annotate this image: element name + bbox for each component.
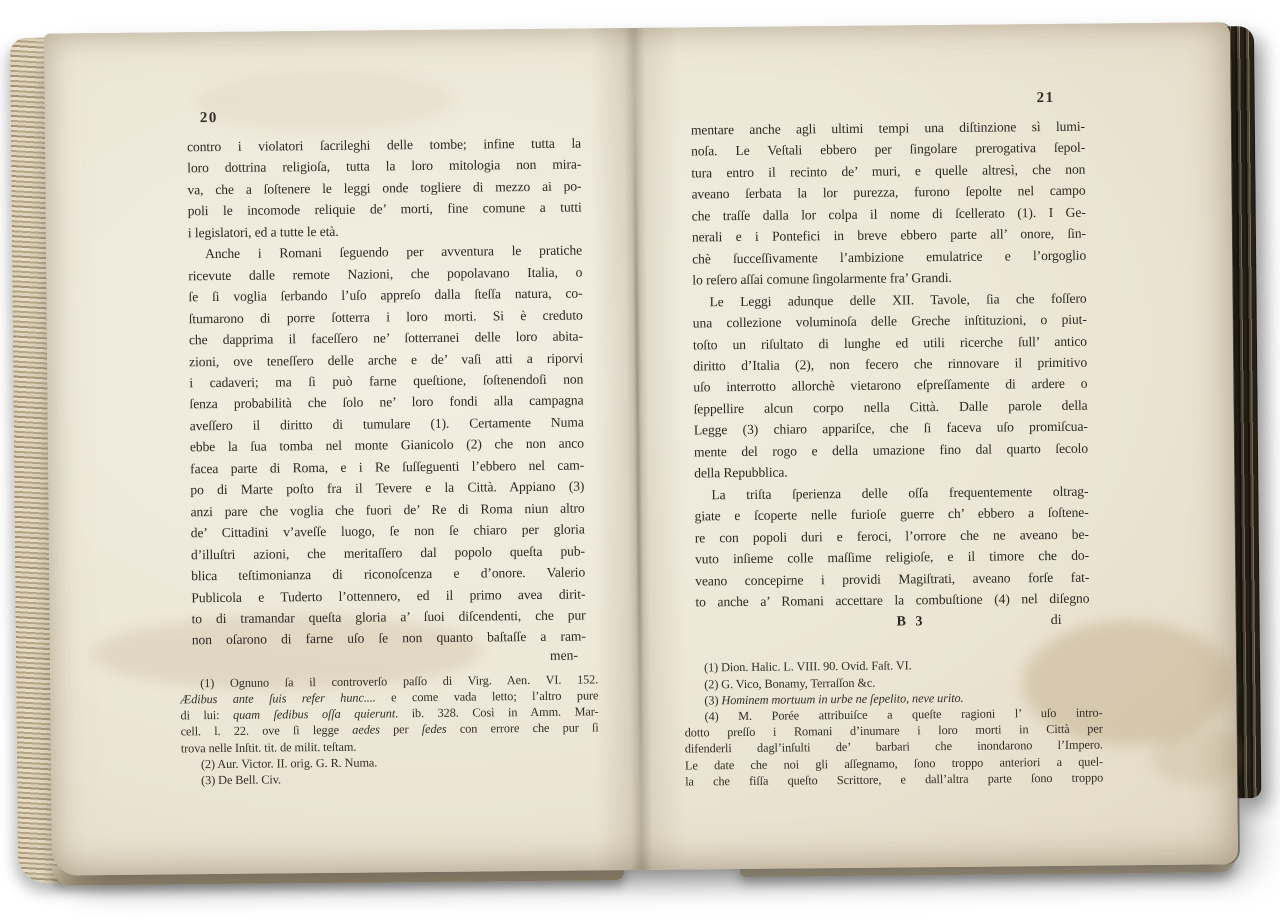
left-page-body: contro i violatori ſacrileghi delle tomb…	[187, 133, 586, 652]
catchword-row-left: men-	[192, 647, 586, 672]
body-line: che dapprima il faceſſero ne’ ſotterrane…	[189, 326, 583, 351]
footnote-text: (3)	[704, 693, 721, 707]
footnote-italic-text: quam ſedibus oſſa quierunt	[233, 707, 395, 723]
footnote-text: cell. l. 22. ove ſi legge	[181, 723, 353, 739]
footnote-text: . ib. 328. Così in Amm. Mar-	[395, 705, 599, 721]
body-line: mente del rogo e della umazione fino dal…	[694, 437, 1088, 462]
right-page: 21 mentare anche agli ultimi tempi una d…	[691, 90, 1092, 790]
photo-background: 20 contro i violatori ſacrileghi delle t…	[0, 0, 1280, 923]
footnote-text: di lui:	[180, 708, 233, 723]
footnote-line: la che fiſſa queſto Scrittore, e dall’al…	[685, 769, 1103, 789]
footnote-italic-text: Hominem mortuum in urbe ne ſepelito, nev…	[721, 691, 963, 707]
page-number-left: 20	[187, 107, 581, 131]
body-line: blica teſtimonianza di riconoſcenza e d’…	[191, 562, 585, 587]
footnote-text: trova nelle Inſtit. tit. de milit. teſta…	[181, 739, 357, 755]
right-page-body: mentare anche agli ultimi tempi una diſt…	[691, 116, 1090, 613]
body-line: non oſarono di farne uſo ſe non quanto b…	[192, 626, 586, 651]
left-page: 20 contro i violatori ſacrileghi delle t…	[187, 107, 587, 789]
footnote-text: (1) Dion. Halic. L. VIII. 90. Ovid. Faſt…	[704, 659, 912, 675]
footnote-text: (2) Aur. Victor. II. orig. G. R. Numa.	[201, 755, 377, 771]
footnote-italic-text: ſedes	[422, 722, 447, 736]
footnote-text: per	[380, 723, 422, 737]
catchword-left: men-	[550, 647, 578, 662]
right-page-footnotes: (1) Dion. Halic. L. VIII. 90. Ovid. Faſt…	[684, 656, 1103, 790]
page-spread: 20 contro i violatori ſacrileghi delle t…	[44, 22, 1238, 875]
page-number-right: 21	[691, 90, 1085, 114]
catchword-right: di	[1051, 613, 1062, 629]
footnote-text: (2) G. Vico, Bonamy, Terraſſon &c.	[704, 675, 875, 691]
footnote-text: con errore che pur ſi	[446, 721, 598, 736]
gutter-shadow	[589, 28, 687, 871]
footnote-text: la che fiſſa queſto Scrittore, e dall’al…	[685, 770, 1103, 788]
open-book: 20 contro i violatori ſacrileghi delle t…	[10, 18, 1262, 886]
body-line: poli le incomode reliquie de’ morti, fin…	[188, 197, 582, 222]
footnote-line: (3) De Bell. Civ.	[181, 768, 599, 788]
body-line: chè ſucceſſivamente l’ambizione emulatri…	[692, 244, 1086, 269]
body-line: una collezione voluminoſa delle Greche i…	[693, 309, 1087, 334]
body-line: to anche a’ Romani accettare la combuſti…	[695, 588, 1089, 613]
signature-row: B 3 di	[696, 609, 1090, 636]
footnote-text: (3) De Bell. Civ.	[201, 773, 281, 788]
body-line: vuto inſieme colle maſſime religioſe, e …	[695, 545, 1089, 570]
gathering-signature: B 3	[897, 614, 926, 630]
left-page-footnotes: (1) Ognuno ſa il controverſo paſſo di Vi…	[180, 671, 599, 788]
footnote-text: e come vada letto; l’altro pure	[376, 688, 599, 704]
paper-stain	[1151, 727, 1247, 786]
footnote-italic-text: aedes	[352, 723, 380, 737]
gutter-crease	[633, 98, 644, 798]
footnote-italic-text: Ædibus ante ſuis refer hunc....	[180, 691, 375, 707]
